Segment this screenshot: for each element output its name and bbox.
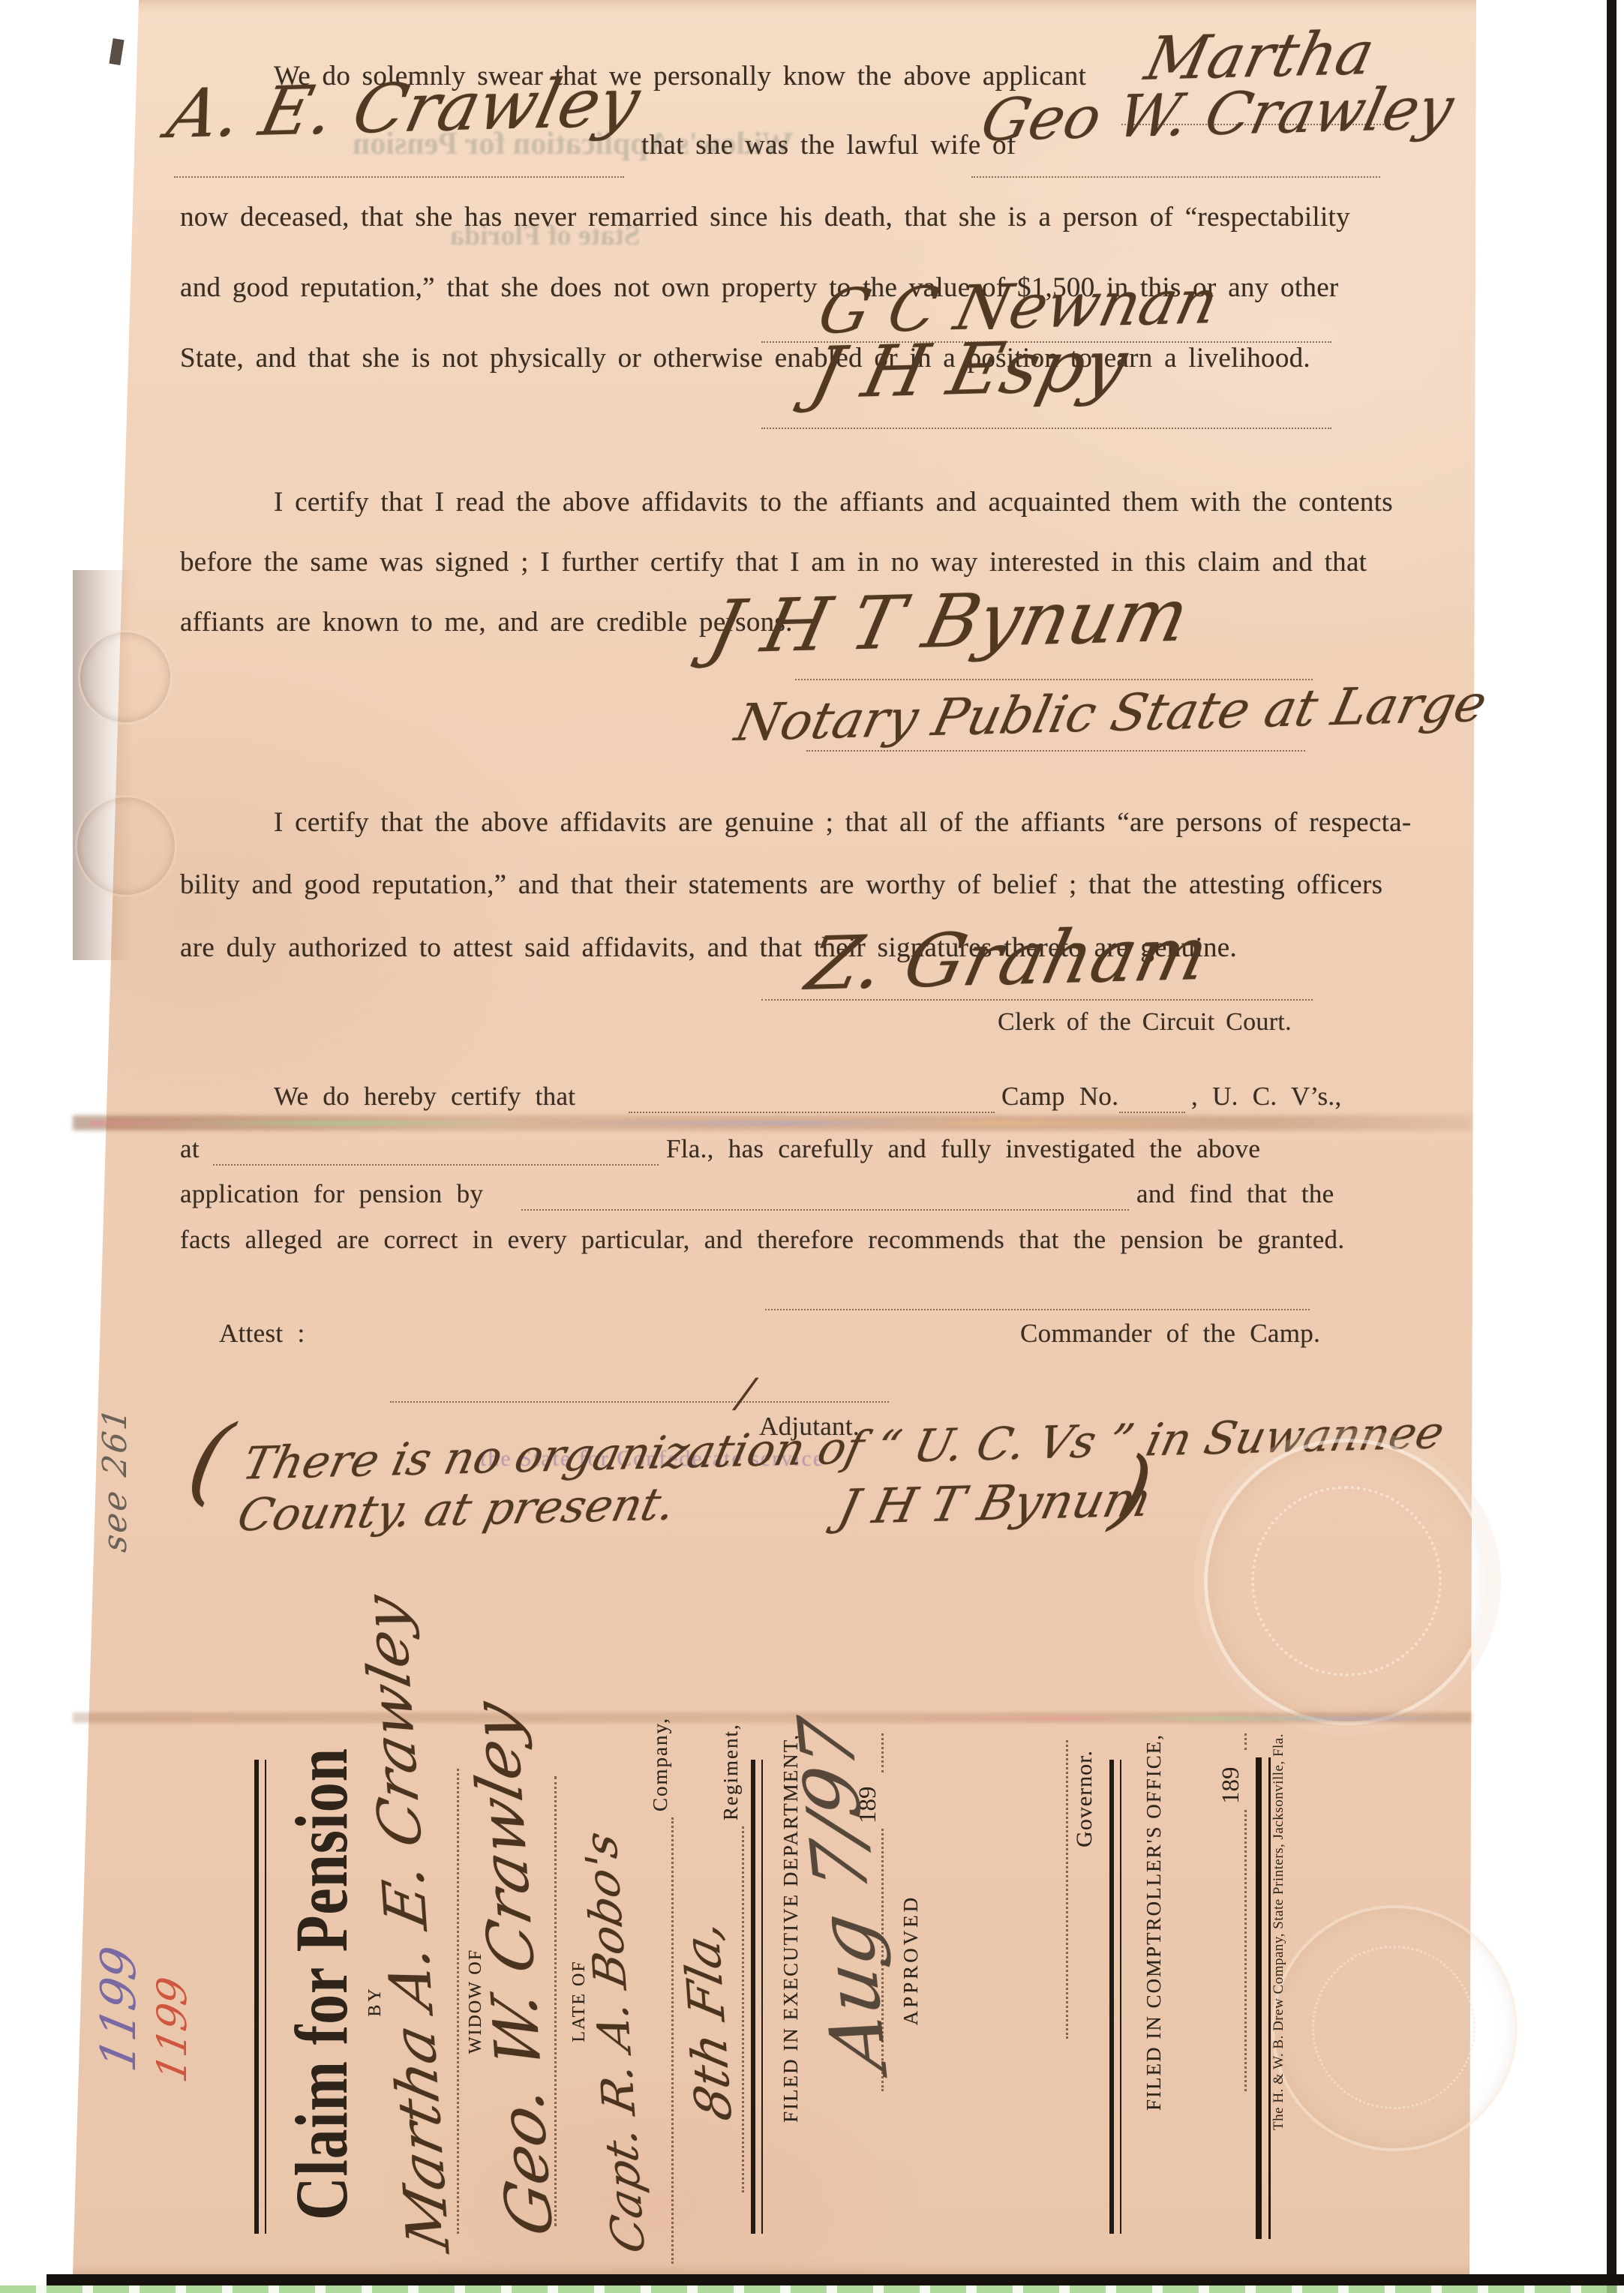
- docket-rule-bottom: [1256, 1757, 1271, 2239]
- camp-line1c: , U. C. V’s.,: [1191, 1082, 1342, 1112]
- docket-title: Claim for Pension: [278, 1782, 365, 2220]
- camp-line2b: Fla., has carefully and fully investigat…: [666, 1134, 1260, 1164]
- paper-corner-tear: [109, 38, 124, 65]
- camp-line4: facts alleged are correct in every parti…: [180, 1225, 1344, 1255]
- blank-line: [174, 176, 624, 178]
- signature-line: [806, 750, 1305, 752]
- notary-embossed-seal-inner: [1251, 1486, 1442, 1676]
- certify2-line2: bility and good reputation,” and that th…: [180, 869, 1382, 901]
- docket-printer-credit: The H. & W. B. Drew Company, State Print…: [1271, 1733, 1287, 2275]
- notary-signature: J H T Bynum: [701, 573, 1196, 671]
- commander-label: Commander of the Camp.: [1020, 1319, 1320, 1349]
- scan-edge-line: [1607, 0, 1616, 2293]
- signature-line: [761, 428, 1331, 429]
- docket-comp-filed-label: FILED IN COMPTROLLER'S OFFICE,: [1142, 1733, 1166, 2275]
- docket-year2: 189: [1217, 1767, 1245, 1805]
- husband-name-handwritten: Geo W. Crawley: [975, 75, 1460, 155]
- left-edge-shadow: [73, 570, 134, 960]
- margin-see-note: see 261: [96, 1403, 134, 1554]
- scan-bottom-artifact: [0, 2285, 1624, 2293]
- clerk-title: Clerk of the Circuit Court.: [998, 1008, 1292, 1037]
- certify2-line1: I certify that the above affidavits are …: [274, 806, 1412, 839]
- margin-number-ink: 1199: [92, 1942, 147, 2076]
- clerk-signature: Z. Graham: [800, 911, 1216, 1007]
- fold-crease-2-artifact: [900, 1716, 1470, 1721]
- docket-date-line: [1244, 1733, 1247, 1750]
- attest-label: Attest :: [219, 1319, 305, 1349]
- scanned-pension-document: Widow's Application for Pension State of…: [0, 0, 1624, 2293]
- affidavit-line3: now deceased, that she has never remarri…: [180, 201, 1350, 233]
- docket-regiment-label: Regiment,: [719, 1723, 743, 1820]
- docket-panel: Claim for Pension BY Martha A. E. Crawle…: [253, 1727, 1288, 2275]
- affidavit-line2: that she was the lawful wife of: [641, 129, 1016, 161]
- embossed-seal-ring-lower: [75, 795, 177, 897]
- docket-line: [457, 1769, 459, 2234]
- docket-date-line: [1244, 1810, 1247, 2091]
- camp-line3a: application for pension by: [180, 1179, 483, 1209]
- blank-line: [213, 1164, 659, 1166]
- scan-bottom-strip: [47, 2274, 1624, 2285]
- docket-rule-mid1: [751, 1760, 763, 2234]
- affidavit-line5: State, and that she is not physically or…: [180, 342, 1310, 374]
- margin-number-red: 1199: [149, 1973, 196, 2087]
- docket-panel-inner: Claim for Pension BY Martha A. E. Crawle…: [253, 1727, 1288, 2275]
- fold-crease-artifact: [90, 1121, 1215, 1126]
- docket-governor-line: [1066, 1740, 1068, 2039]
- certify1-line3: affiants are known to me, and are credib…: [180, 606, 793, 638]
- docket-company-label: Company,: [649, 1717, 672, 1811]
- signature-line: [795, 679, 1313, 680]
- docket-regiment-handwritten: 8th Fla,: [668, 1846, 749, 2194]
- docket-rule-top: [254, 1760, 266, 2234]
- adjutant-line: [390, 1401, 889, 1403]
- camp-line2a: at: [180, 1134, 200, 1164]
- blank-line: [629, 1112, 995, 1113]
- embossed-seal-docket: [1271, 1905, 1517, 2151]
- signature-line: [761, 999, 1313, 1001]
- docket-line: [554, 1776, 557, 2226]
- camp-line1b: Camp No.: [1001, 1082, 1118, 1112]
- witness-signature-2: J H Espy: [803, 325, 1134, 416]
- docket-date-line: [881, 1733, 884, 1772]
- applicant-rest-name-handwritten: A. E. Crawley: [161, 63, 647, 154]
- blank-line: [971, 176, 1380, 178]
- camp-line1a: We do hereby certify that: [274, 1082, 575, 1112]
- docket-governor-label: Governor.: [1072, 1750, 1097, 2275]
- commander-line: [765, 1309, 1310, 1310]
- certify1-line1: I certify that I read the above affidavi…: [274, 486, 1393, 518]
- notary-embossed-seal: [1204, 1439, 1490, 1725]
- blank-line: [1119, 1112, 1185, 1113]
- camp-line3b: and find that the: [1136, 1179, 1334, 1209]
- docket-line: [742, 1826, 744, 2192]
- embossed-seal-ring-upper: [78, 630, 173, 725]
- embossed-seal-docket-inner: [1312, 1946, 1475, 2109]
- docket-approved-label: APPROVED: [899, 1855, 923, 2065]
- docket-rule-mid2: [1109, 1760, 1121, 2234]
- blank-line: [521, 1209, 1129, 1211]
